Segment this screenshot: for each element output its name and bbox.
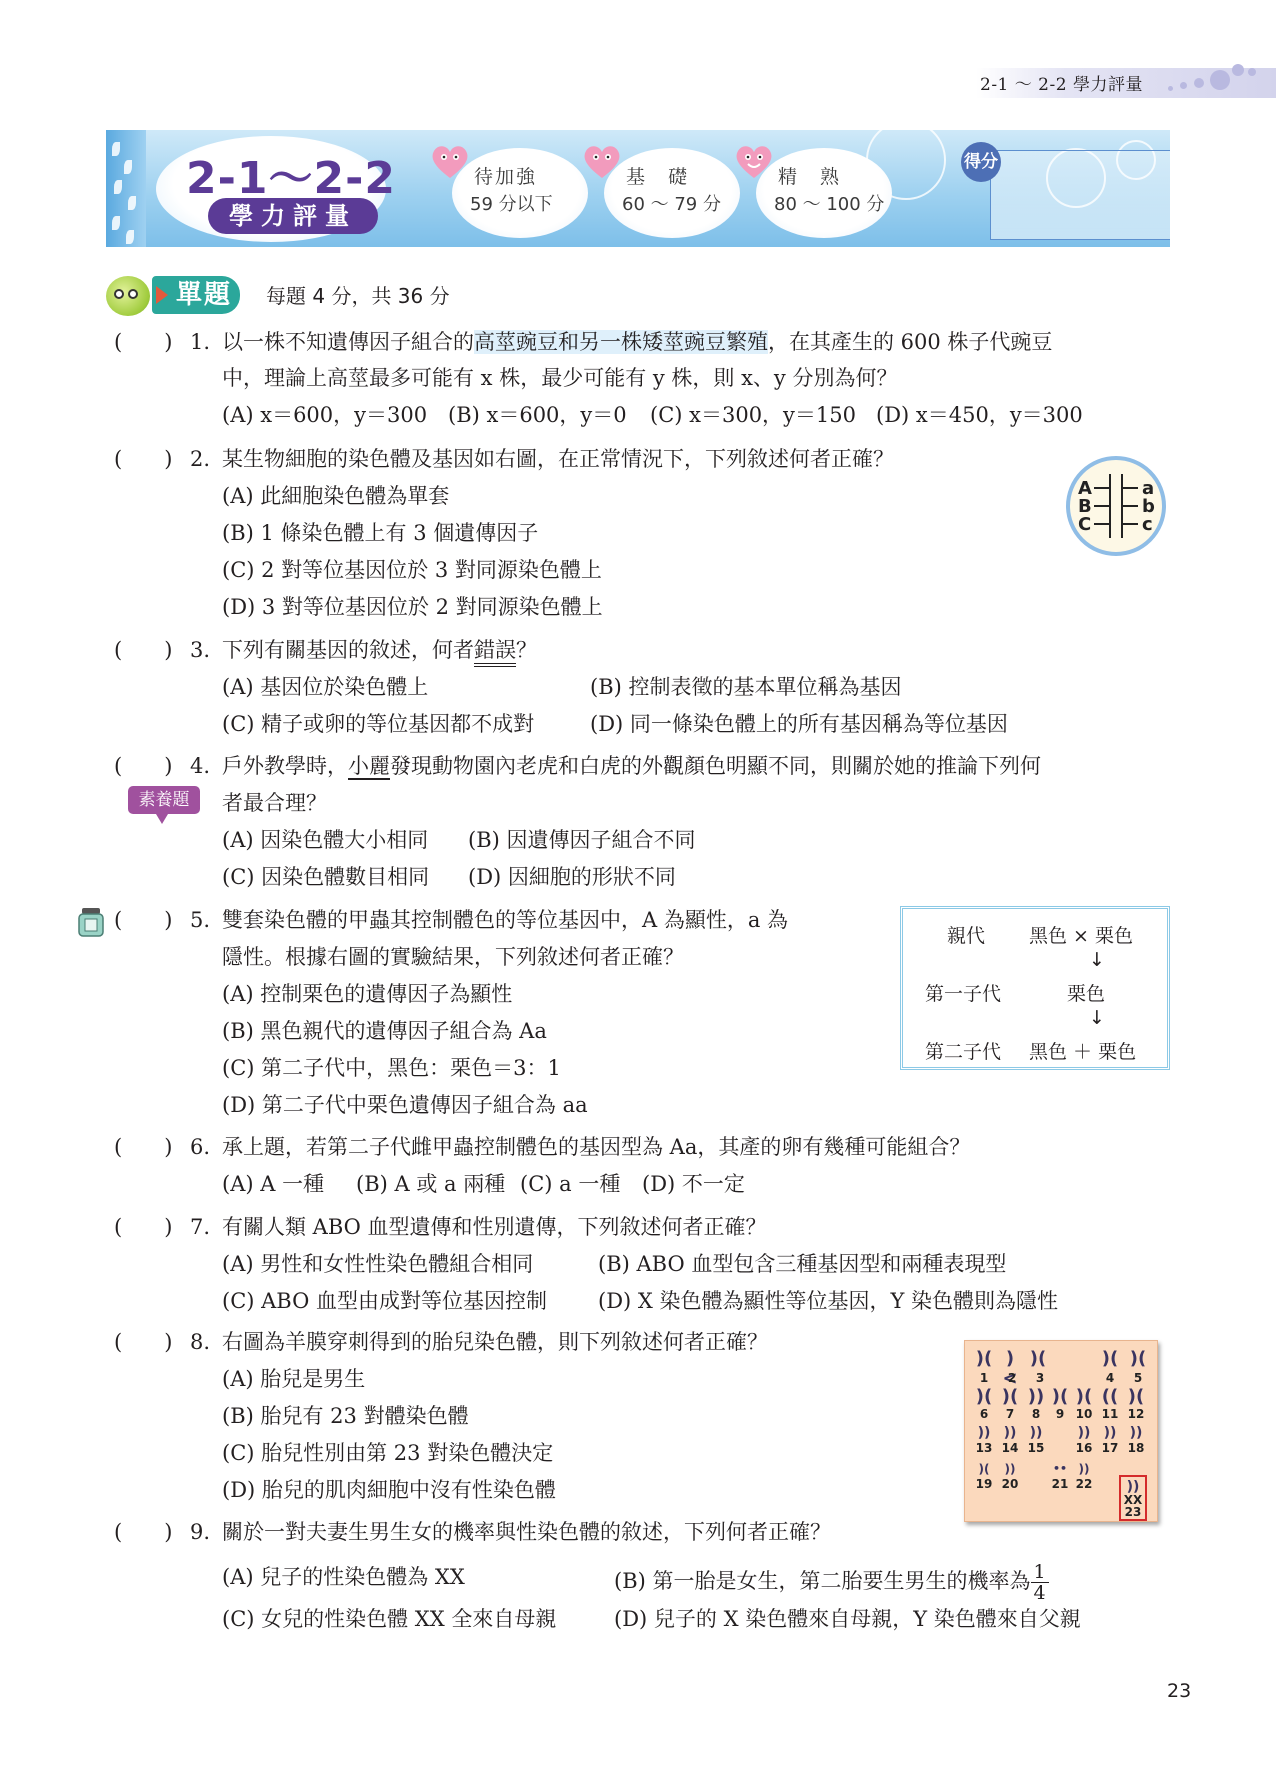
question-number: 1. (190, 327, 210, 357)
option-a[interactable]: (A) 控制栗色的遺傳因子為顯性 (222, 979, 512, 1009)
chromosome-icon: )( (1075, 1387, 1093, 1407)
question-number: 8. (190, 1327, 210, 1357)
answer-blank[interactable]: ( ) (114, 1132, 172, 1162)
option-b[interactable]: (B) x＝600，y＝0 (448, 400, 627, 430)
question-number: 4. (190, 751, 210, 781)
option-d[interactable]: (D) 3 對等位基因位於 2 對同源染色體上 (222, 592, 603, 622)
jar-icon (76, 906, 106, 938)
chromosome-icon: )( (1029, 1349, 1047, 1369)
option-c[interactable]: (C) x＝300，y＝150 (650, 400, 856, 430)
option-d[interactable]: (D) X 染色體為顯性等位基因，Y 染色體則為隱性 (598, 1286, 1058, 1316)
sex-chromosome-highlight: )) XX 23 (1119, 1475, 1147, 1521)
homologous-chromosome-icon: A B C a b c (1070, 460, 1162, 552)
section-scoring-note: 每題 4 分，共 36 分 (266, 280, 450, 309)
chromosome-icon: )) (1127, 1423, 1145, 1443)
heart-face-icon (734, 144, 774, 180)
option-b[interactable]: (B) A 或 a 兩種 (356, 1169, 505, 1199)
question-stem: 下列有關基因的敘述，何者錯誤？ (222, 635, 537, 665)
f1-label: 第一子代 (925, 979, 1001, 1006)
option-d[interactable]: (D) x＝450，y＝300 (876, 400, 1083, 430)
option-d[interactable]: (D) 兒子的 X 染色體來自母親，Y 染色體來自父親 (614, 1604, 1081, 1634)
question-stem: 有關人類 ABO 血型遺傳和性別遺傳，下列敘述何者正確？ (222, 1212, 767, 1242)
score-label: 得分 (961, 142, 1001, 182)
answer-blank[interactable]: ( ) (114, 1212, 172, 1242)
chromosome-icon: )( (975, 1349, 993, 1369)
option-c[interactable]: (C) 女兒的性染色體 XX 全來自母親 (222, 1604, 556, 1634)
answer-blank[interactable]: ( ) (114, 751, 172, 781)
option-c[interactable]: (C) 精子或卵的等位基因都不成對 (222, 709, 534, 739)
leaf-decoration-icon (106, 130, 146, 247)
option-b[interactable]: (B) 胎兒有 23 對體染色體 (222, 1401, 469, 1431)
question-number: 6. (190, 1132, 210, 1162)
chromosome-gene-figure: A B C a b c (1066, 456, 1166, 556)
chromosome-icon: )) (1075, 1459, 1093, 1479)
question-number: 2. (190, 444, 210, 474)
option-a[interactable]: (A) 男性和女性性染色體組合相同 (222, 1249, 533, 1279)
chromosome-icon: (( (1101, 1387, 1119, 1407)
option-b[interactable]: (B) ABO 血型包含三種基因型和兩種表現型 (598, 1249, 1006, 1279)
question-stem: 關於一對夫妻生男生女的機率與性染色體的敘述，下列何者正確？ (222, 1517, 831, 1547)
question-stem: 右圖為羊膜穿刺得到的胎兒染色體，則下列敘述何者正確？ (222, 1327, 768, 1357)
chromosome-icon: )( (975, 1387, 993, 1407)
cross-experiment-figure: 親代 黑色 × 栗色 ↓ 第一子代 栗色 ↓ 第二子代 黑色 ＋ 栗色 (900, 906, 1170, 1070)
option-b[interactable]: (B) 因遺傳因子組合不同 (468, 825, 696, 855)
chromosome-icon: )( (975, 1459, 993, 1479)
chromosome-icon: )( (1101, 1349, 1119, 1369)
chromosome-icon: )( (1129, 1349, 1147, 1369)
chromosome-icon: )) (1001, 1423, 1019, 1443)
chapter-range: 2-1～2-2 (186, 142, 396, 206)
option-d[interactable]: (D) 不一定 (642, 1169, 745, 1199)
chromosome-icon: )( (1051, 1387, 1069, 1407)
answer-blank[interactable]: ( ) (114, 1327, 172, 1357)
question-stem: 承上題，若第二子代雌甲蟲控制體色的基因型為 Aa，其產的卵有幾種可能組合？ (222, 1132, 970, 1162)
fraction: 14 (1031, 1562, 1049, 1603)
f2-label: 第二子代 (925, 1037, 1001, 1064)
heart-face-icon (430, 144, 470, 180)
option-d[interactable]: (D) 因細胞的形狀不同 (468, 862, 676, 892)
running-header-title: 2-1 ～ 2-2 學力評量 (980, 70, 1143, 95)
parent-label: 親代 (947, 921, 985, 948)
svg-text:c: c (1142, 514, 1153, 535)
option-a[interactable]: (A) 因染色體大小相同 (222, 825, 428, 855)
question-stem: 中，理論上高莖最多可能有 x 株，最少可能有 y 株，則 x、y 分別為何？ (222, 363, 897, 393)
answer-blank[interactable]: ( ) (114, 444, 172, 474)
assessment-label: 學力評量 (208, 198, 378, 234)
option-a[interactable]: (A) 胎兒是男生 (222, 1364, 365, 1394)
chromosome-icon: •• (1051, 1459, 1069, 1479)
svg-text:C: C (1078, 514, 1091, 535)
question-stem: 雙套染色體的甲蟲其控制體色的等位基因中，A 為顯性，a 為 (222, 905, 788, 935)
question-stem: 以一株不知遺傳因子組合的高莖豌豆和另一株矮莖豌豆繁殖，在其產生的 600 株子代… (222, 327, 1052, 357)
heart-face-icon (582, 144, 622, 180)
option-c[interactable]: (C) 因染色體數目相同 (222, 862, 429, 892)
option-a[interactable]: (A) A 一種 (222, 1169, 324, 1199)
parent-value: 黑色 × 栗色 (1029, 921, 1133, 948)
chromosome-icon: )( (1127, 1387, 1145, 1407)
option-c[interactable]: (C) ABO 血型由成對等位基因控制 (222, 1286, 547, 1316)
question-stem: 隱性。根據右圖的實驗結果，下列敘述何者正確？ (222, 942, 684, 972)
question-stem: 者最合理？ (222, 788, 327, 818)
option-c[interactable]: (C) 胎兒性別由第 23 對染色體決定 (222, 1438, 553, 1468)
page-number: 23 (1167, 1680, 1191, 1702)
answer-blank[interactable]: ( ) (114, 635, 172, 665)
option-a[interactable]: (A) 兒子的性染色體為 XX (222, 1562, 465, 1592)
option-d[interactable]: (D) 胎兒的肌肉細胞中沒有性染色體 (222, 1475, 556, 1505)
chromosome-icon: )) (1101, 1423, 1119, 1443)
option-b[interactable]: (B) 第一胎是女生，第二胎要生男生的機率為14 (614, 1562, 1049, 1603)
option-d[interactable]: (D) 第二子代中栗色遺傳因子組合為 aa (222, 1090, 588, 1120)
level-basic: 基 礎 60 ～ 79 分 (604, 148, 740, 238)
literacy-question-badge: 素養題 (128, 786, 200, 814)
f1-value: 栗色 (1067, 979, 1105, 1006)
answer-blank[interactable]: ( ) (114, 1517, 172, 1547)
option-c[interactable]: (C) a 一種 (520, 1169, 620, 1199)
answer-blank[interactable]: ( ) (114, 905, 172, 935)
option-b[interactable]: (B) 黑色親代的遺傳因子組合為 Aa (222, 1016, 547, 1046)
question-number: 9. (190, 1517, 210, 1547)
question-number: 3. (190, 635, 210, 665)
option-d[interactable]: (D) 同一條染色體上的所有基因稱為等位基因 (590, 709, 1008, 739)
f2-value: 黑色 ＋ 栗色 (1029, 1037, 1136, 1064)
option-b[interactable]: (B) 控制表徵的基本單位稱為基因 (590, 672, 902, 702)
chromosome-icon: )) (1027, 1423, 1045, 1443)
option-b[interactable]: (B) 1 條染色體上有 3 個遺傳因子 (222, 518, 538, 548)
arrow-down-icon: ↓ (1089, 1007, 1105, 1029)
chromosome-icon: )) (1001, 1459, 1019, 1479)
chromosome-icon: )< (1001, 1349, 1019, 1369)
level-needs-work: 待加強 59 分以下 (452, 148, 588, 238)
chromosome-icon: )) (1027, 1387, 1045, 1407)
option-a[interactable]: (A) x＝600，y＝300 (222, 400, 427, 430)
chromosome-icon: )) (975, 1423, 993, 1443)
chromosome-icon: )( (1001, 1387, 1019, 1407)
mascot-icon (106, 276, 150, 316)
question-number: 7. (190, 1212, 210, 1242)
section-title: 單題 (152, 276, 240, 314)
question-stem: 某生物細胞的染色體及基因如右圖，在正常情況下，下列敘述何者正確？ (222, 444, 894, 474)
emphasis-wrong: 錯誤 (474, 638, 516, 667)
option-c[interactable]: (C) 2 對等位基因位於 3 對同源染色體上 (222, 555, 602, 585)
chromosome-icon: )) (1075, 1423, 1093, 1443)
option-c[interactable]: (C) 第二子代中，黑色：栗色＝3：1 (222, 1053, 561, 1083)
assessment-banner: 2-1～2-2 學力評量 待加強 59 分以下 基 礎 60 ～ 79 分 精 … (106, 130, 1170, 247)
option-a[interactable]: (A) 基因位於染色體上 (222, 672, 428, 702)
score-input-box[interactable] (990, 150, 1170, 240)
answer-blank[interactable]: ( ) (114, 327, 172, 357)
arrow-down-icon: ↓ (1089, 949, 1105, 971)
level-proficient: 精 熟 80 ～ 100 分 (756, 148, 892, 238)
question-stem: 戶外教學時，小麗發現動物園內老虎和白虎的外觀顏色明顯不同，則關於她的推論下列何 (222, 751, 1041, 781)
karyotype-figure: )()<)( )()( 1 2 3 4 5 )()()) )()((()( 6 … (964, 1340, 1158, 1522)
option-a[interactable]: (A) 此細胞染色體為單套 (222, 481, 449, 511)
decorative-dots-icon (1160, 64, 1270, 100)
question-number: 5. (190, 905, 210, 935)
